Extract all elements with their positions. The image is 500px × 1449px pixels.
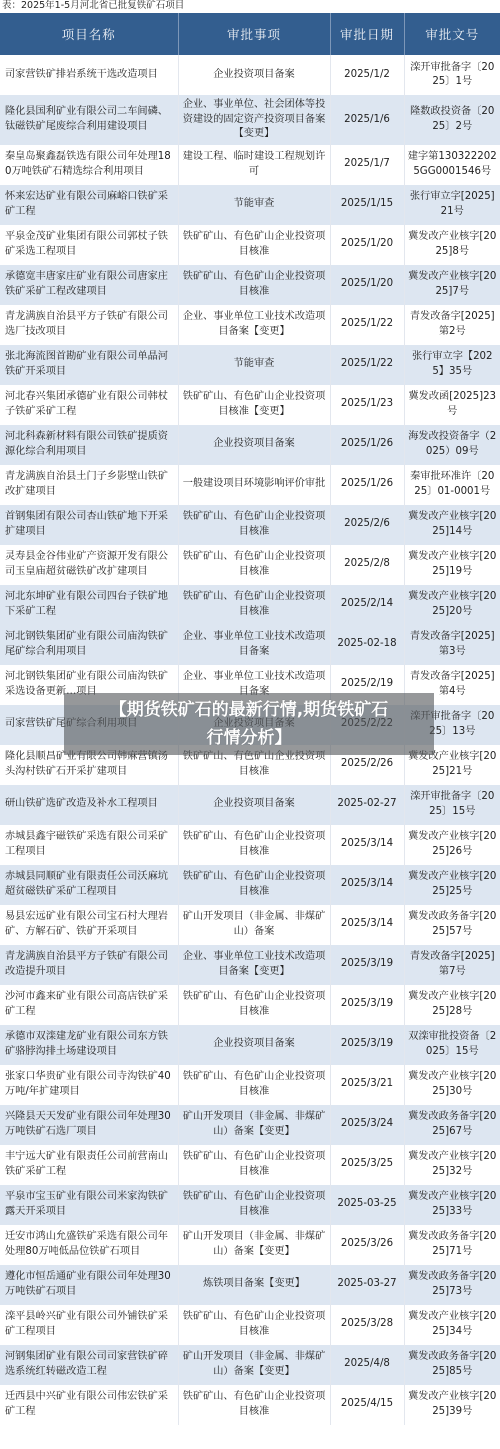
approval-item-cell: 企业、事业单位、社会团体等投资建设的固定资产投资项目备案【变更】 (178, 95, 330, 145)
overlay-title-banner: 【期货铁矿石的最新行情,期货铁矿石 行情分析】 (64, 693, 434, 755)
table-row: 迁西县中兴矿业有限公司伟宏铁矿采矿工程铁矿矿山、有色矿山企业投资项目核准2025… (0, 1385, 500, 1425)
approval-date-cell: 2025/1/6 (330, 95, 404, 145)
table-row: 青龙满族自治县土门子乡影壁山铁矿改扩建项目一般建设项目环境影响评价审批2025/… (0, 465, 500, 505)
project-name-cell: 河钢集团矿业有限公司司家营铁矿碎选系统红转磁改造工程 (0, 1345, 178, 1385)
project-name-cell: 张家口华贵矿业有限公司寺沟铁矿40万吨/年扩建项目 (0, 1065, 178, 1105)
table-row: 平泉金茂矿业集团有限公司郭杖子铁矿采选工程项目铁矿矿山、有色矿山企业投资项目核准… (0, 225, 500, 265)
approval-item-cell: 节能审查 (178, 345, 330, 385)
approval-item-cell: 企业投资项目备案 (178, 55, 330, 95)
approval-date-cell: 2025/3/14 (330, 905, 404, 945)
table-row: 平泉市宝玉矿业有限公司米家沟铁矿露天开采项目铁矿矿山、有色矿山企业投资项目核准2… (0, 1185, 500, 1225)
approval-date-cell: 2025-03-27 (330, 1265, 404, 1305)
approval-doc-cell: 冀发改产业核字[2025]20号 (404, 585, 500, 625)
project-name-cell: 迁西县中兴矿业有限公司伟宏铁矿采矿工程 (0, 1385, 178, 1425)
approval-date-cell: 2025/3/19 (330, 985, 404, 1025)
approval-item-cell: 铁矿矿山、有色矿山企业投资项目核准 (178, 825, 330, 865)
approval-item-cell: 铁矿矿山、有色矿山企业投资项目核准 (178, 225, 330, 265)
table-row: 怀来宏达矿业有限公司麻峪口铁矿采矿工程节能审查2025/1/15张行审立字[20… (0, 185, 500, 225)
approval-doc-cell: 冀发改产业核字[2025]8号 (404, 225, 500, 265)
approval-doc-cell: 滦开审批备字〔2025〕15号 (404, 785, 500, 825)
approval-item-cell: 企业投资项目备案 (178, 1025, 330, 1065)
approval-date-cell: 2025/1/26 (330, 425, 404, 465)
approval-item-cell: 矿山开发项目（非金属、非煤矿山）备案【变更】 (178, 1225, 330, 1265)
project-name-cell: 遵化市恒岳通矿业有限公司年处理30万吨铁矿石项目 (0, 1265, 178, 1305)
approval-date-cell: 2025/1/15 (330, 185, 404, 225)
approval-doc-cell: 冀发改政务备字[2025]71号 (404, 1225, 500, 1265)
approval-date-cell: 2025/3/19 (330, 945, 404, 985)
project-name-cell: 河北东坤矿业有限公司四台子铁矿地下采矿工程 (0, 585, 178, 625)
approval-date-cell: 2025-03-25 (330, 1185, 404, 1225)
table-row: 河钢集团矿业有限公司司家营铁矿碎选系统红转磁改造工程矿山开发项目（非金属、非煤矿… (0, 1345, 500, 1385)
table-row: 赤城县鑫宇磁铁矿采选有限公司采矿工程项目铁矿矿山、有色矿山企业投资项目核准202… (0, 825, 500, 865)
approval-doc-cell: 张行审立字【2025】35号 (404, 345, 500, 385)
approval-item-cell: 企业投资项目备案 (178, 425, 330, 465)
approval-doc-cell: 冀发改产业核字[2025]33号 (404, 1185, 500, 1225)
approval-date-cell: 2025/3/26 (330, 1225, 404, 1265)
project-name-cell: 研山铁矿选矿改造及补水工程项目 (0, 785, 178, 825)
approval-item-cell: 铁矿矿山、有色矿山企业投资项目核准 (178, 585, 330, 625)
approval-item-cell: 矿山开发项目（非金属、非煤矿山）备案【变更】 (178, 1345, 330, 1385)
project-name-cell: 怀来宏达矿业有限公司麻峪口铁矿采矿工程 (0, 185, 178, 225)
approval-date-cell: 2025/3/28 (330, 1305, 404, 1345)
approval-doc-cell: 冀发改政务备字[2025]57号 (404, 905, 500, 945)
project-name-cell: 沙河市鑫来矿业有限公司高店铁矿采矿工程 (0, 985, 178, 1025)
banner-line-1: 【期货铁矿石的最新行情,期货铁矿石 (64, 696, 434, 724)
project-name-cell: 赤城县鑫宇磁铁矿采选有限公司采矿工程项目 (0, 825, 178, 865)
project-name-cell: 兴隆县天天发矿业有限公司年处理30万吨铁矿石选厂项目 (0, 1105, 178, 1145)
approval-date-cell: 2025/2/14 (330, 585, 404, 625)
table-row: 青龙满族自治县平方子铁矿有限公司 改造提升项目企业、事业单位工业技术改造项目备案… (0, 945, 500, 985)
project-name-cell: 丰宁远大矿业有限责任公司前营南山铁矿采矿工程 (0, 1145, 178, 1185)
project-name-cell: 张北海流图首勘矿业有限公司单晶河铁矿开采项目 (0, 345, 178, 385)
table-header-row: 项目名称 审批事项 审批日期 审批文号 (0, 13, 500, 55)
table-row: 青龙满族自治县平方子铁矿有限公司选厂技改项目企业、事业单位工业技术改造项目备案【… (0, 305, 500, 345)
approval-doc-cell: 冀发改产业核字[2025]26号 (404, 825, 500, 865)
project-name-cell: 承德宽丰唐家庄矿业有限公司唐家庄铁矿采矿工程改建项目 (0, 265, 178, 305)
table-row: 首钢集团有限公司杏山铁矿地下开采扩建项目铁矿矿山、有色矿山企业投资项目核准202… (0, 505, 500, 545)
approval-item-cell: 铁矿矿山、有色矿山企业投资项目核准 (178, 265, 330, 305)
approval-date-cell: 2025/4/15 (330, 1385, 404, 1425)
approval-item-cell: 铁矿矿山、有色矿山企业投资项目核准【变更】 (178, 385, 330, 425)
approval-doc-cell: 冀发改函[2025]23号 (404, 385, 500, 425)
approval-doc-cell: 冀发改产业核字[2025]34号 (404, 1305, 500, 1345)
approval-date-cell: 2025/1/23 (330, 385, 404, 425)
project-name-cell: 平泉市宝玉矿业有限公司米家沟铁矿露天开采项目 (0, 1185, 178, 1225)
approval-item-cell: 企业投资项目备案 (178, 785, 330, 825)
table-row: 滦平县岭兴矿业有限公司外铺铁矿采矿工程项目铁矿矿山、有色矿山企业投资项目核准20… (0, 1305, 500, 1345)
table-row: 河北钢铁集团矿业有限公司庙沟铁矿尾矿综合利用项目企业、事业单位工业技术改造项目备… (0, 625, 500, 665)
project-name-cell: 青龙满族自治县平方子铁矿有限公司 改造提升项目 (0, 945, 178, 985)
approval-item-cell: 铁矿矿山、有色矿山企业投资项目核准 (178, 1145, 330, 1185)
project-name-cell: 赤城县同顺矿业有限责任公司沃麻坑超贫磁铁矿采矿工程项目 (0, 865, 178, 905)
approval-doc-cell: 隆数政投资备〔2025〕2号 (404, 95, 500, 145)
project-name-cell: 青龙满族自治县平方子铁矿有限公司选厂技改项目 (0, 305, 178, 345)
project-name-cell: 河北春兴集团承德矿业有限公司韩杖子铁矿采矿工程 (0, 385, 178, 425)
approval-date-cell: 2025/1/26 (330, 465, 404, 505)
table-row: 河北科森新材料有限公司铁矿提质资源化综合利用项目企业投资项目备案2025/1/2… (0, 425, 500, 465)
project-name-cell: 首钢集团有限公司杏山铁矿地下开采扩建项目 (0, 505, 178, 545)
table-row: 秦皇岛聚鑫磊铁选有限公司年处理180万吨铁矿石精选综合利用项目建设工程、临时建设… (0, 145, 500, 185)
approval-doc-cell: 冀发改产业核字[2025]28号 (404, 985, 500, 1025)
approval-item-cell: 铁矿矿山、有色矿山企业投资项目核准 (178, 1185, 330, 1225)
approval-item-cell: 炼铁项目备案【变更】 (178, 1265, 330, 1305)
table-row: 张家口华贵矿业有限公司寺沟铁矿40万吨/年扩建项目铁矿矿山、有色矿山企业投资项目… (0, 1065, 500, 1105)
project-name-cell: 司家营铁矿排岩系统干选改造项目 (0, 55, 178, 95)
approval-item-cell: 矿山开发项目（非金属、非煤矿山）备案【变更】 (178, 1105, 330, 1145)
approval-date-cell: 2025/1/20 (330, 265, 404, 305)
table-row: 灵寿县金谷伟业矿产资源开发有限公司玉皇庙超贫磁铁矿改扩建项目铁矿矿山、有色矿山企… (0, 545, 500, 585)
approval-item-cell: 企业、事业单位工业技术改造项目备案【变更】 (178, 305, 330, 345)
approval-doc-cell: 冀发改政务备字[2025]73号 (404, 1265, 500, 1305)
approval-item-cell: 铁矿矿山、有色矿山企业投资项目核准 (178, 985, 330, 1025)
approval-item-cell: 一般建设项目环境影响评价审批 (178, 465, 330, 505)
approval-item-cell: 铁矿矿山、有色矿山企业投资项目核准 (178, 1305, 330, 1345)
project-name-cell: 隆化县国利矿业有限公司二车间磷、钛磁铁矿尾废综合利用建设项目 (0, 95, 178, 145)
header-approval-date: 审批日期 (330, 13, 404, 55)
approval-item-cell: 建设工程、临时建设工程规划许可 (178, 145, 330, 185)
approval-doc-cell: 建字第1303222025GG0001546号 (404, 145, 500, 185)
approval-doc-cell: 张行审立字[2025]21号 (404, 185, 500, 225)
approval-doc-cell: 滦开审批备字〔2025〕1号 (404, 55, 500, 95)
approval-doc-cell: 冀发改政务备字[2025]85号 (404, 1345, 500, 1385)
approval-doc-cell: 秦审批环准许〔2025〕01-0001号 (404, 465, 500, 505)
project-name-cell: 秦皇岛聚鑫磊铁选有限公司年处理180万吨铁矿石精选综合利用项目 (0, 145, 178, 185)
approval-date-cell: 2025/1/22 (330, 345, 404, 385)
header-project-name: 项目名称 (0, 13, 178, 55)
approval-item-cell: 企业、事业单位工业技术改造项目备案 (178, 625, 330, 665)
approval-doc-cell: 冀发改产业核字[2025]19号 (404, 545, 500, 585)
approval-date-cell: 2025/1/2 (330, 55, 404, 95)
table-row: 丰宁远大矿业有限责任公司前营南山铁矿采矿工程铁矿矿山、有色矿山企业投资项目核准2… (0, 1145, 500, 1185)
table-row: 赤城县同顺矿业有限责任公司沃麻坑超贫磁铁矿采矿工程项目铁矿矿山、有色矿山企业投资… (0, 865, 500, 905)
approval-doc-cell: 冀发改产业核字[2025]39号 (404, 1385, 500, 1425)
approval-item-cell: 铁矿矿山、有色矿山企业投资项目核准 (178, 865, 330, 905)
approval-date-cell: 2025/3/24 (330, 1105, 404, 1145)
approval-doc-cell: 冀发改产业核字[2025]30号 (404, 1065, 500, 1105)
table-row: 遵化市恒岳通矿业有限公司年处理30万吨铁矿石项目炼铁项目备案【变更】2025-0… (0, 1265, 500, 1305)
approval-date-cell: 2025-02-27 (330, 785, 404, 825)
table-row: 兴隆县天天发矿业有限公司年处理30万吨铁矿石选厂项目矿山开发项目（非金属、非煤矿… (0, 1105, 500, 1145)
approval-item-cell: 企业、事业单位工业技术改造项目备案【变更】 (178, 945, 330, 985)
approval-date-cell: 2025/2/8 (330, 545, 404, 585)
approval-item-cell: 矿山开发项目（非金属、非煤矿山）备案 (178, 905, 330, 945)
table-row: 研山铁矿选矿改造及补水工程项目企业投资项目备案2025-02-27滦开审批备字〔… (0, 785, 500, 825)
table-row: 河北东坤矿业有限公司四台子铁矿地下采矿工程铁矿矿山、有色矿山企业投资项目核准20… (0, 585, 500, 625)
approval-date-cell: 2025/1/20 (330, 225, 404, 265)
table-row: 承德市双滦建龙矿业有限公司东方铁矿骆脖沟排土场建设项目企业投资项目备案2025/… (0, 1025, 500, 1065)
approval-date-cell: 2025/3/19 (330, 1025, 404, 1065)
table-row: 张北海流图首勘矿业有限公司单晶河铁矿开采项目节能审查2025/1/22张行审立字… (0, 345, 500, 385)
approval-date-cell: 2025/3/21 (330, 1065, 404, 1105)
approval-doc-cell: 青发改备字[2025]第7号 (404, 945, 500, 985)
approval-date-cell: 2025/1/7 (330, 145, 404, 185)
approval-doc-cell: 冀发改政务备字[2025]67号 (404, 1105, 500, 1145)
table-row: 司家营铁矿排岩系统干选改造项目企业投资项目备案2025/1/2滦开审批备字〔20… (0, 55, 500, 95)
approval-date-cell: 2025/2/6 (330, 505, 404, 545)
table-caption: 表：2025年1-5月河北省已批复铁矿石项目 (2, 0, 184, 13)
approval-date-cell: 2025/4/8 (330, 1345, 404, 1385)
table-row: 承德宽丰唐家庄矿业有限公司唐家庄铁矿采矿工程改建项目铁矿矿山、有色矿山企业投资项… (0, 265, 500, 305)
approval-item-cell: 节能审查 (178, 185, 330, 225)
table-row: 迁安市鸿山允盛铁矿采选有限公司年处理80万吨低品位铁矿石项目矿山开发项目（非金属… (0, 1225, 500, 1265)
project-name-cell: 灵寿县金谷伟业矿产资源开发有限公司玉皇庙超贫磁铁矿改扩建项目 (0, 545, 178, 585)
project-name-cell: 青龙满族自治县土门子乡影壁山铁矿改扩建项目 (0, 465, 178, 505)
approval-doc-cell: 冀发改产业核字[2025]32号 (404, 1145, 500, 1185)
header-approval-doc-no: 审批文号 (404, 13, 500, 55)
approval-date-cell: 2025-02-18 (330, 625, 404, 665)
table-row: 隆化县国利矿业有限公司二车间磷、钛磁铁矿尾废综合利用建设项目企业、事业单位、社会… (0, 95, 500, 145)
approval-doc-cell: 青发改备字[2025]第2号 (404, 305, 500, 345)
approval-date-cell: 2025/3/25 (330, 1145, 404, 1185)
table-row: 河北春兴集团承德矿业有限公司韩杖子铁矿采矿工程铁矿矿山、有色矿山企业投资项目核准… (0, 385, 500, 425)
project-name-cell: 滦平县岭兴矿业有限公司外铺铁矿采矿工程项目 (0, 1305, 178, 1345)
approval-doc-cell: 冀发改产业核字[2025]25号 (404, 865, 500, 905)
project-name-cell: 平泉金茂矿业集团有限公司郭杖子铁矿采选工程项目 (0, 225, 178, 265)
project-name-cell: 河北科森新材料有限公司铁矿提质资源化综合利用项目 (0, 425, 178, 465)
approval-item-cell: 铁矿矿山、有色矿山企业投资项目核准 (178, 1065, 330, 1105)
banner-line-2: 行情分析】 (64, 724, 434, 752)
project-name-cell: 易县宏远矿业有限公司宝石村大理岩矿、方解石矿、铁矿开采项目 (0, 905, 178, 945)
approval-doc-cell: 冀发改产业核字[2025]7号 (404, 265, 500, 305)
approval-date-cell: 2025/3/14 (330, 825, 404, 865)
approval-doc-cell: 冀发改产业核字[2025]14号 (404, 505, 500, 545)
table-row: 沙河市鑫来矿业有限公司高店铁矿采矿工程铁矿矿山、有色矿山企业投资项目核准2025… (0, 985, 500, 1025)
approval-doc-cell: 青发改备字[2025]第3号 (404, 625, 500, 665)
approval-date-cell: 2025/1/22 (330, 305, 404, 345)
approval-item-cell: 铁矿矿山、有色矿山企业投资项目核准 (178, 505, 330, 545)
project-name-cell: 承德市双滦建龙矿业有限公司东方铁矿骆脖沟排土场建设项目 (0, 1025, 178, 1065)
header-approval-item: 审批事项 (178, 13, 330, 55)
approval-item-cell: 铁矿矿山、有色矿山企业投资项目核准 (178, 545, 330, 585)
project-name-cell: 迁安市鸿山允盛铁矿采选有限公司年处理80万吨低品位铁矿石项目 (0, 1225, 178, 1265)
approval-item-cell: 铁矿矿山、有色矿山企业投资项目核准 (178, 1385, 330, 1425)
table-row: 易县宏远矿业有限公司宝石村大理岩矿、方解石矿、铁矿开采项目矿山开发项目（非金属、… (0, 905, 500, 945)
approval-doc-cell: 海发改投资备字（2025）09号 (404, 425, 500, 465)
project-name-cell: 河北钢铁集团矿业有限公司庙沟铁矿尾矿综合利用项目 (0, 625, 178, 665)
approval-date-cell: 2025/3/14 (330, 865, 404, 905)
approval-doc-cell: 双滦审批投资备〔2025〕15号 (404, 1025, 500, 1065)
